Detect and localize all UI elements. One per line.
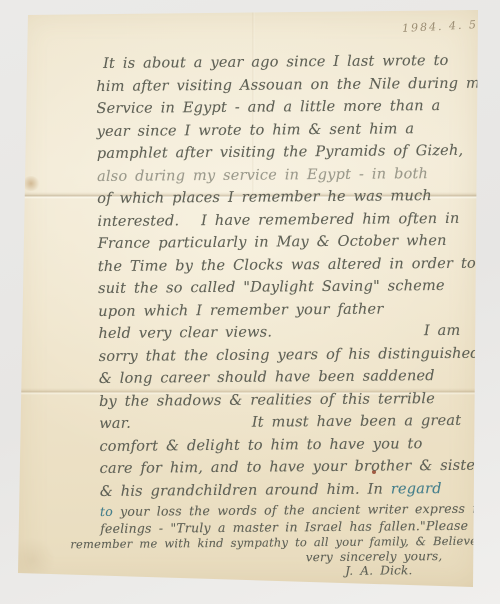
- paper-stain: [22, 176, 40, 191]
- ink-text: I am: [424, 320, 461, 343]
- letter-line: pamphlet after visiting the Pyramids of …: [97, 140, 459, 166]
- ink-text: & his grandchildren around him. In: [100, 481, 391, 500]
- letter-line: also during my service in Egypt - in bot…: [97, 162, 459, 188]
- ink-text: also during my service in Egypt - in bot…: [97, 166, 428, 185]
- ink-text: year since I wrote to him & sent him a: [97, 121, 415, 140]
- letter-line: care for him, and to have your brother &…: [100, 455, 462, 481]
- ink-text: comfort & delight to him to have you to: [99, 436, 422, 455]
- letter-line: & long career should have been saddened: [99, 365, 461, 391]
- ink-text: It must have been a great: [252, 410, 462, 434]
- letter-line: year since I wrote to him & sent him a: [97, 117, 459, 143]
- ink-text: care for him, and to have your brother &…: [100, 458, 483, 477]
- ink-text: upon which I remember your father: [98, 301, 383, 319]
- letter-line: France particularly in May & October whe…: [98, 230, 460, 256]
- letter-line: him after visiting Assouan on the Nile d…: [96, 72, 458, 98]
- ink-text: & long career should have been saddened: [99, 368, 435, 387]
- ink-text: the Time by the Clocks was altered in or…: [98, 255, 476, 274]
- ink-text: J. A. Dick.: [345, 563, 412, 578]
- ink-text: very sincerely yours,: [306, 549, 443, 564]
- letter-line: J. A. Dick.: [100, 563, 462, 580]
- letter-line: comfort & delight to him to have you to: [99, 432, 461, 458]
- letter-line: war.It must have been a great: [99, 410, 461, 436]
- ink-text: by the shadows & realities of this terri…: [99, 391, 435, 410]
- ink-text: France particularly in May & October whe…: [98, 233, 447, 252]
- letter-line: suit the so called "Daylight Saving" sch…: [98, 275, 460, 301]
- letter-line: interested.I have remembered him often i…: [97, 207, 459, 233]
- letter-line: Service in Egypt - and a little more tha…: [96, 95, 458, 121]
- letter-line: & his grandchildren around him. In regar…: [100, 477, 462, 503]
- ink-text: interested.: [97, 210, 179, 233]
- letter-line: by the shadows & realities of this terri…: [99, 387, 461, 413]
- letter-line: the Time by the Clocks was altered in or…: [98, 252, 460, 278]
- ink-text: It is about a year ago since I last wrot…: [103, 53, 449, 72]
- ink-text: war.: [99, 413, 131, 436]
- letter-line: held very clear views.I am: [98, 320, 460, 346]
- paper-stain-corner: [8, 538, 56, 582]
- letter-line: of which places I remember he was much: [97, 185, 459, 211]
- blue-ink-text: to: [100, 504, 113, 519]
- letter-line: upon which I remember your father: [98, 297, 460, 323]
- letter-line: sorry that the closing years of his dist…: [99, 342, 461, 368]
- ink-text: pamphlet after visiting the Pyramids of …: [97, 143, 464, 162]
- letter-body: It is about a year ago since I last wrot…: [96, 50, 463, 580]
- photo-background: 1984. 4. 5 It is about a year ago since …: [0, 0, 500, 604]
- ink-text: I have remembered him often in: [201, 207, 460, 232]
- ink-text: suit the so called "Daylight Saving" sch…: [98, 278, 445, 297]
- ink-text: Service in Egypt - and a little more tha…: [96, 98, 440, 117]
- ink-text: of which places I remember he was much: [97, 188, 432, 207]
- catalog-date-annotation: 1984. 4. 5: [402, 18, 479, 35]
- ink-text: him after visiting Assouan on the Nile d…: [96, 75, 488, 94]
- letter-line: It is about a year ago since I last wrot…: [96, 50, 458, 76]
- letter-paper: 1984. 4. 5 It is about a year ago since …: [14, 6, 482, 590]
- ink-text: held very clear views.: [98, 321, 272, 345]
- ink-text: sorry that the closing years of his dist…: [99, 345, 480, 364]
- blue-ink-text: regard: [391, 481, 442, 497]
- ink-text: Please: [426, 517, 468, 534]
